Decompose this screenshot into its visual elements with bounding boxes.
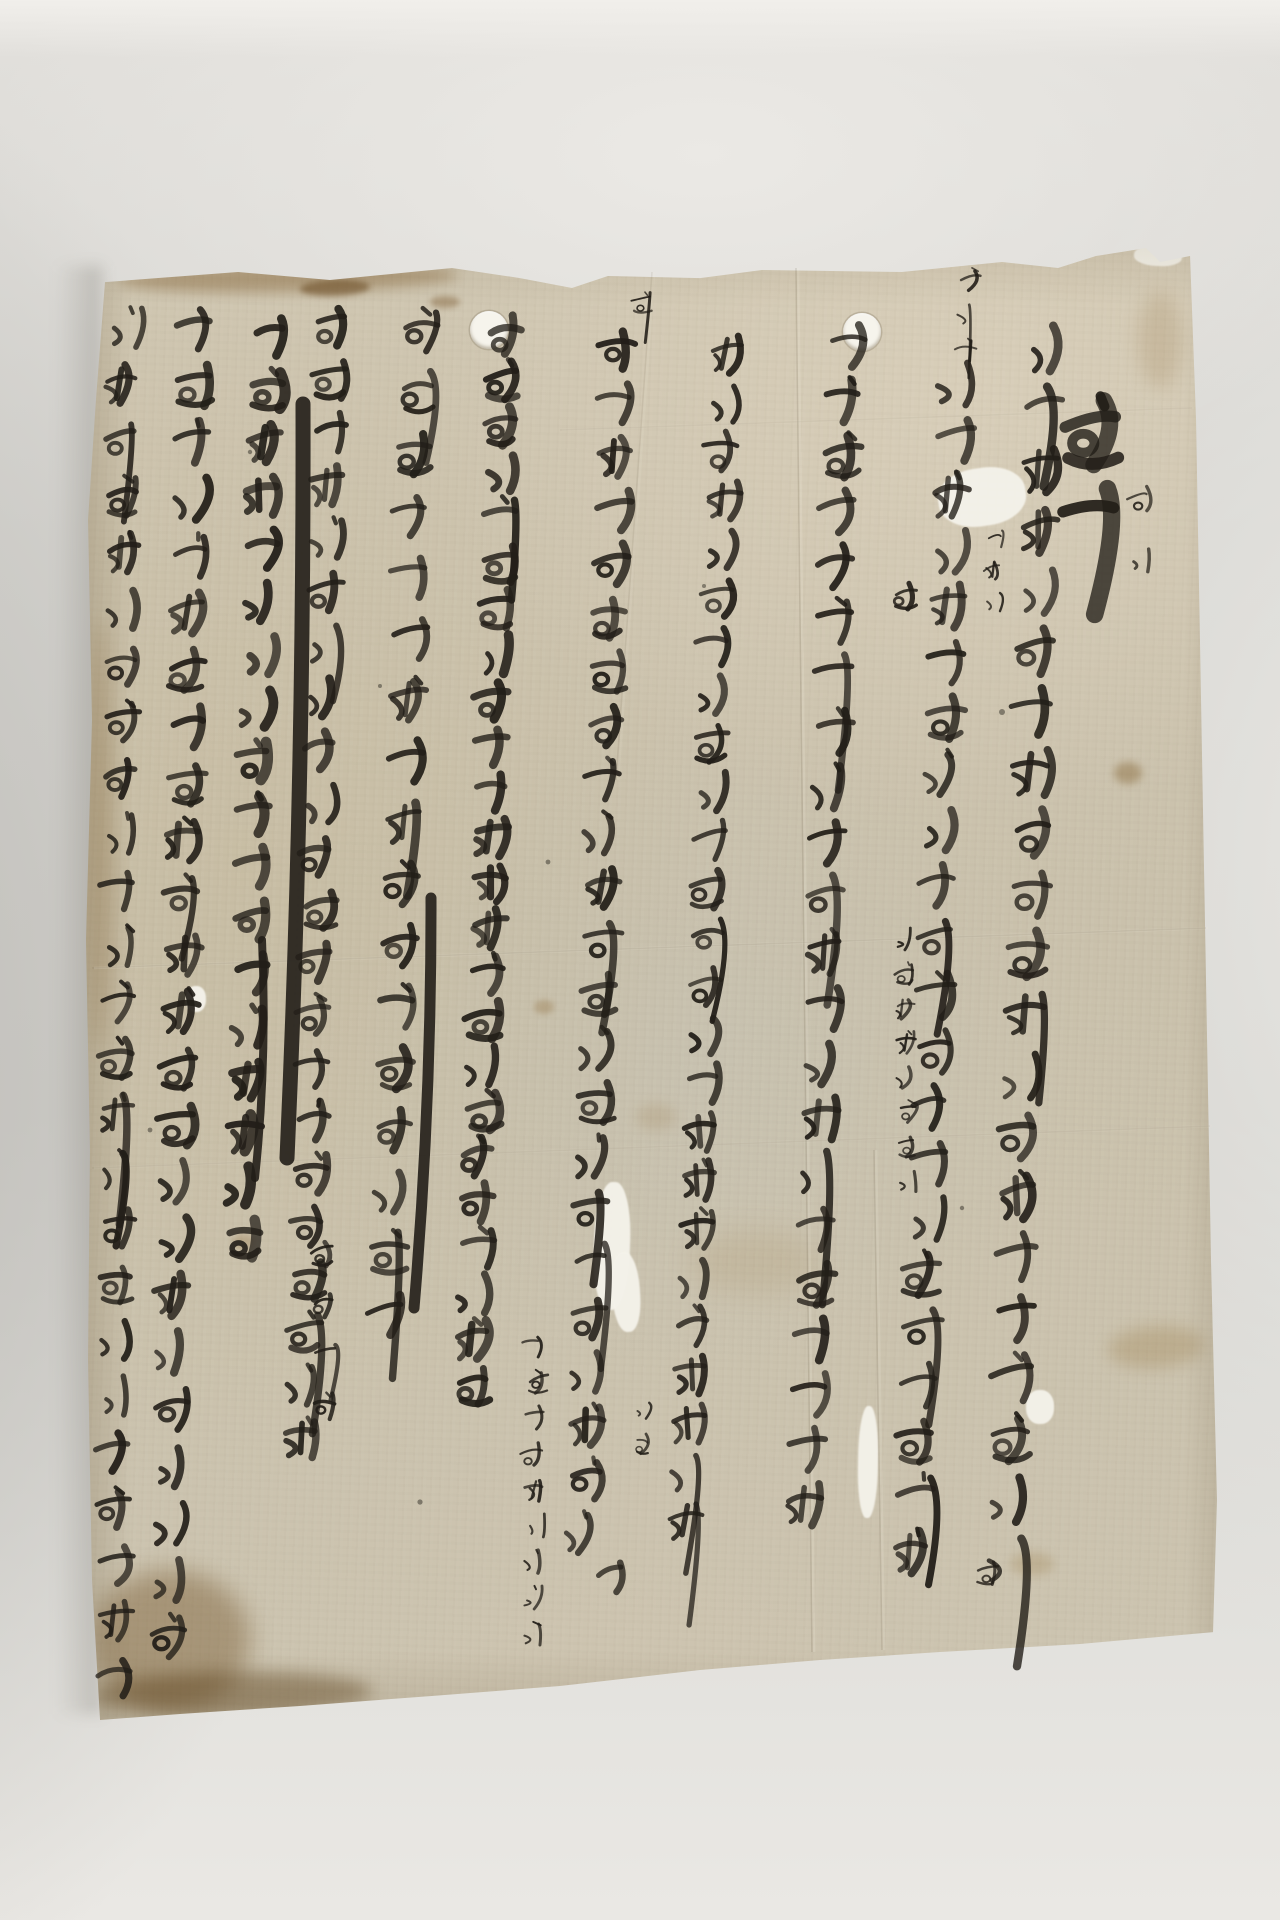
letter-paper bbox=[86, 246, 1218, 1724]
photo-background: Photograph of an aged Korean letter hand… bbox=[0, 0, 1280, 1920]
image-alt-text: Photograph of an aged Korean letter hand… bbox=[0, 0, 1, 1]
paper-edge-shading bbox=[86, 246, 1218, 1724]
